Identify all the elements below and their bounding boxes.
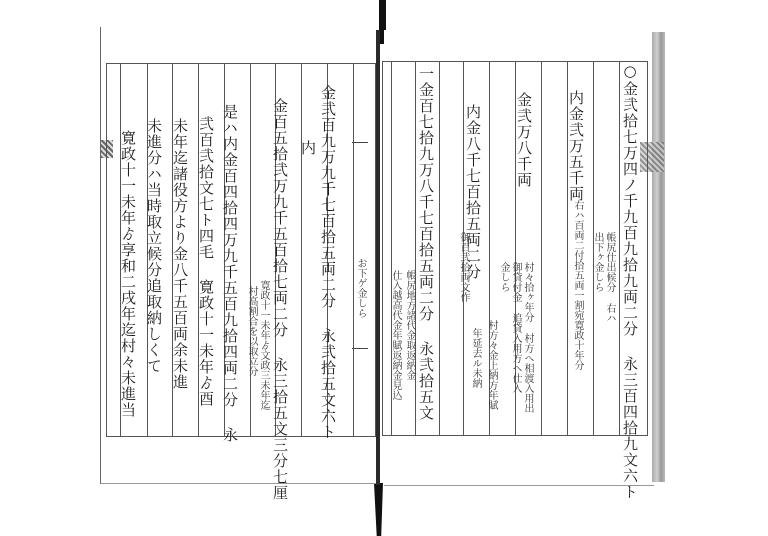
text-column: 金百五拾弐万九千五百拾七両二分 永三拾五文三分七厘 <box>272 98 287 501</box>
text-column: 内金弐万五千両 <box>568 90 583 202</box>
annotation-column: 帳尻地方諸代金取返納金 <box>404 270 414 380</box>
annotation-column: 村々拾ヶ年分 村方へ相渡入用出 <box>522 262 532 413</box>
text-column: 未年迄諸役方より金八千五百両余未進 <box>172 118 187 390</box>
column-rule <box>439 62 440 435</box>
annotation-column: 御貸付金 追貸入用方へ仕入 <box>510 262 520 393</box>
text-column: ○金弐拾七万四ノ千九百九拾九両二分 永三百四拾九文六ト <box>622 62 637 500</box>
annotation-column: お下ゲ金しら <box>355 258 365 318</box>
column-rule <box>250 64 251 436</box>
annotation-column: 右ハ百両二付拾五両一割宛寛政十年分 <box>572 200 582 370</box>
column-rule <box>619 62 620 435</box>
text-column: 是ハ内金百四拾四万九千五百九拾四両二分 永 <box>222 104 237 443</box>
annotation-column: 村高割合を以取立分 <box>246 286 256 376</box>
column-rule <box>415 62 416 435</box>
annotation-column: 帳尻仕出候分 右ハ <box>604 232 614 323</box>
text-column: 金弐万八千両 <box>516 92 531 188</box>
column-rule <box>301 64 302 436</box>
column-rule <box>541 62 542 435</box>
dash-mark <box>352 142 368 143</box>
annotation-column: 寛政十一未年ゟ文政三未年迄 <box>258 280 268 410</box>
text-column: 内 <box>300 140 315 156</box>
annotation-column: 出下ヶ金しら <box>592 232 602 292</box>
binding-gutter <box>376 30 380 485</box>
annotation-column: 村方々金上納方年賦 <box>486 320 496 410</box>
annotation-column: 金しら <box>498 262 508 292</box>
page-edge-right <box>652 32 665 482</box>
annotation-column: 年延去ル未納 <box>470 328 480 388</box>
text-column: 金弐百九万九千七百拾五両二分 永弐拾五文六ト <box>320 85 335 440</box>
book-spine-bottom <box>374 483 383 536</box>
annotation-column: 仕入越高代金年賦返納金見込 <box>390 270 400 400</box>
text-column: 未進分ハ当時取立候分追取納しくて <box>146 118 161 374</box>
text-column: 一金百七拾九万八千七百拾五両二分 永弐拾五文 <box>418 66 433 421</box>
text-column: 寛政十一未年ゟ享和二戌年迄村々未進当 <box>120 130 135 418</box>
text-column: 弐百弐拾文七ト四毛 寛政十一未年ゟ酉 <box>198 116 213 407</box>
annotation-column: 御百弐拾両文作 <box>458 232 468 302</box>
column-rule <box>353 64 354 436</box>
dash-mark <box>352 348 368 349</box>
